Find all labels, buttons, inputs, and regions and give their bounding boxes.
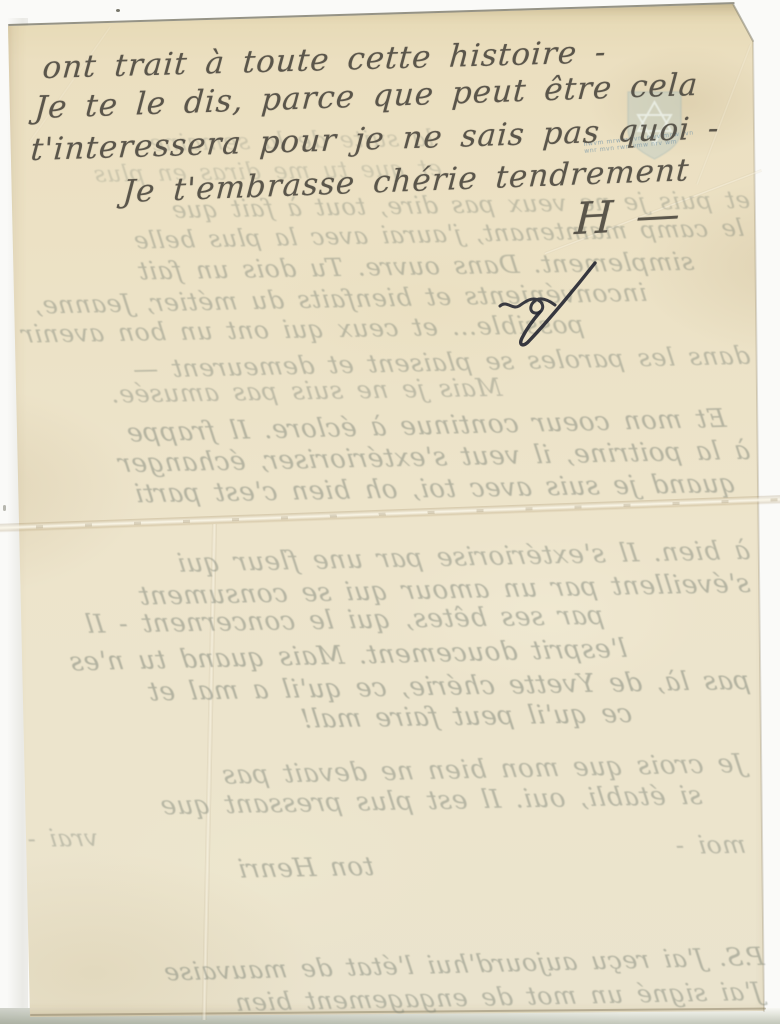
bleedthrough-line: vrai - xyxy=(25,824,99,853)
signature-flourish xyxy=(495,250,625,360)
bleedthrough-line: ton Henri xyxy=(236,852,376,885)
bleedthrough-line: ce qu'il peut faire mal! xyxy=(298,699,633,735)
handwriting-line: H — xyxy=(573,188,682,245)
bleedthrough-line: moi - xyxy=(673,830,747,860)
dust-speck xyxy=(3,505,6,511)
scanned-letter-page: nwvm mrw wnvm nwv mnw rvn wnr mvn rwn vm… xyxy=(0,0,780,1024)
dust-speck xyxy=(116,9,120,12)
